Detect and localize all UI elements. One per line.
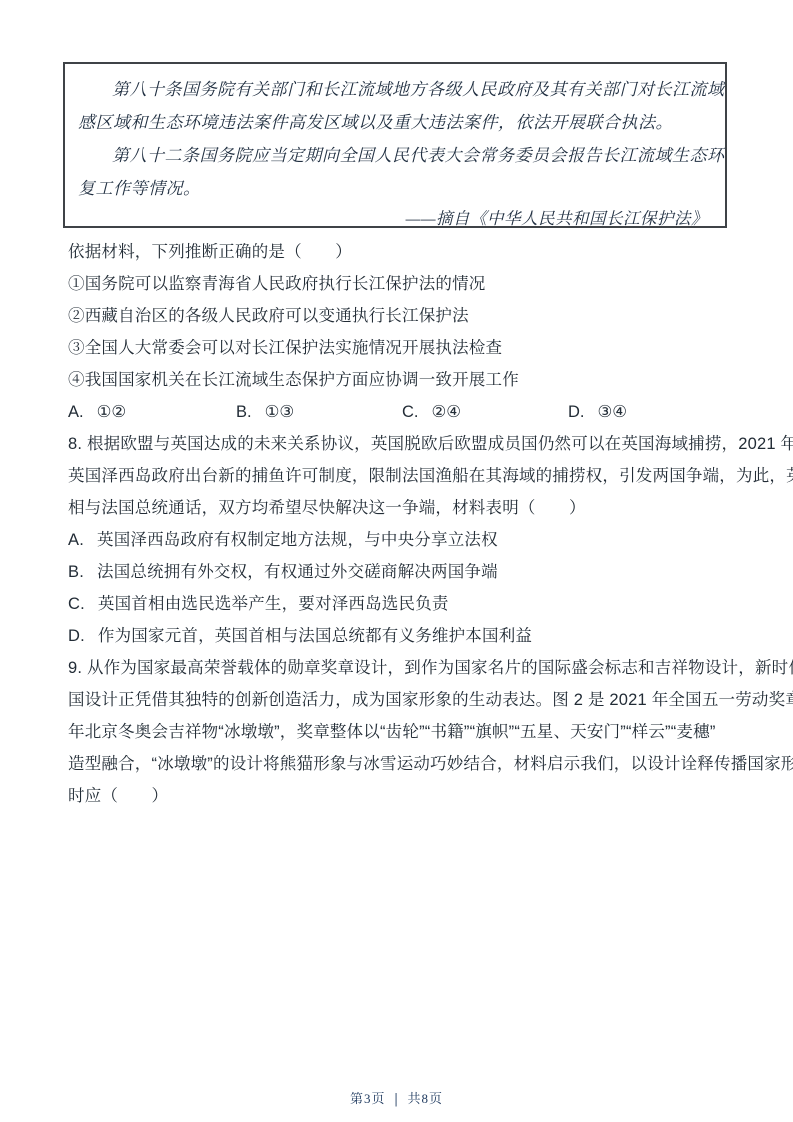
question8-stem-line: 英国泽西岛政府出台新的捕鱼许可制度，限制法国渔船在其海域的捕捞权，引发两国争端，… — [68, 460, 730, 492]
choice-value: ①② — [97, 403, 127, 421]
footer-separator: | — [395, 1090, 399, 1108]
question9-stem-line: 年北京冬奥会吉祥物“冰墩墩”，奖章整体以“齿轮”“书籍”“旗帜”“五星、天安门”… — [68, 716, 730, 748]
exam-page: 第八十条国务院有关部门和长江流域地方各级人民政府及其有关部门对长江流域跨行政区域… — [0, 0, 793, 1122]
question7-item: ②西藏自治区的各级人民政府可以变通执行长江保护法 — [68, 300, 730, 332]
quote-line: 第八十二条国务院应当定期向全国人民代表大会常务委员会报告长江流域生态环境状况及保… — [78, 139, 712, 172]
choice-c: C.②④ — [402, 396, 568, 428]
question7-choice-row: A.①② B.①③ C.②④ D.③④ — [68, 396, 730, 428]
quote-box: 第八十条国务院有关部门和长江流域地方各级人民政府及其有关部门对长江流域跨行政区域… — [63, 62, 727, 228]
question9-stem-line: 国设计正凭借其独特的创新创造活力，成为国家形象的生动表达。图 2 是 2021 … — [68, 684, 730, 716]
quote-line: 第八十条国务院有关部门和长江流域地方各级人民政府及其有关部门对长江流域跨行政区域… — [78, 73, 712, 106]
option-text: 作为国家元首，英国首相与法国总统都有义务维护本国利益 — [98, 627, 532, 645]
question9-stem-line: 时应（ ） — [68, 780, 730, 812]
footer-page-number: 第3页 — [350, 1091, 386, 1106]
option-text: 法国总统拥有外交权，有权通过外交磋商解决两国争端 — [97, 563, 498, 581]
option-label: C. — [68, 595, 85, 613]
quote-line: 复工作等情况。 — [78, 172, 712, 205]
question8-option-d: D.作为国家元首，英国首相与法国总统都有义务维护本国利益 — [68, 620, 730, 652]
choice-label: B. — [236, 403, 252, 421]
question9-stem-line: 造型融合，“冰墩墩”的设计将熊猫形象与冰雪运动巧妙结合，材料启示我们，以设计诠释… — [68, 748, 730, 780]
question7-item: ③全国人大常委会可以对长江保护法实施情况开展执法检查 — [68, 332, 730, 364]
choice-value: ③④ — [598, 403, 628, 421]
footer-total-pages: 共8页 — [407, 1091, 443, 1106]
question8-stem-line: 8. 根据欧盟与英国达成的未来关系协议，英国脱欧后欧盟成员国仍然可以在英国海域捕… — [68, 428, 730, 460]
question8-option-c: C.英国首相由选民选举产生，要对泽西岛选民负责 — [68, 588, 730, 620]
choice-label: C. — [402, 403, 419, 421]
question8-option-a: A.英国泽西岛政府有权制定地方法规，与中央分享立法权 — [68, 524, 730, 556]
question8-option-b: B.法国总统拥有外交权，有权通过外交磋商解决两国争端 — [68, 556, 730, 588]
quote-line: 感区域和生态环境违法案件高发区域以及重大违法案件，依法开展联合执法。 — [78, 106, 712, 139]
question7-item: ①国务院可以监察青海省人民政府执行长江保护法的情况 — [68, 268, 730, 300]
choice-value: ①③ — [265, 403, 295, 421]
choice-d: D.③④ — [568, 396, 730, 428]
question7-item: ④我国国家机关在长江流域生态保护方面应协调一致开展工作 — [68, 364, 730, 396]
option-label: A. — [68, 531, 84, 549]
choice-b: B.①③ — [236, 396, 402, 428]
page-footer: 第3页|共8页 — [0, 1088, 793, 1107]
quote-attribution: ——摘自《中华人民共和国长江保护法》 — [78, 207, 712, 228]
option-text: 英国首相由选民选举产生，要对泽西岛选民负责 — [98, 595, 449, 613]
question9-stem-line: 9. 从作为国家最高荣誉载体的勋章奖章设计，到作为国家名片的国际盛会标志和吉祥物… — [68, 652, 730, 684]
option-text: 英国泽西岛政府有权制定地方法规，与中央分享立法权 — [97, 531, 498, 549]
choice-label: A. — [68, 403, 84, 421]
choice-value: ②④ — [432, 403, 462, 421]
choice-a: A.①② — [68, 396, 236, 428]
question7-stem: 依据材料，下列推断正确的是（ ） — [68, 236, 730, 268]
question8-stem-line: 相与法国总统通话，双方均希望尽快解决这一争端，材料表明（ ） — [68, 492, 730, 524]
choice-label: D. — [568, 403, 585, 421]
option-label: B. — [68, 563, 84, 581]
question-content: 依据材料，下列推断正确的是（ ） ①国务院可以监察青海省人民政府执行长江保护法的… — [68, 236, 730, 812]
option-label: D. — [68, 627, 85, 645]
